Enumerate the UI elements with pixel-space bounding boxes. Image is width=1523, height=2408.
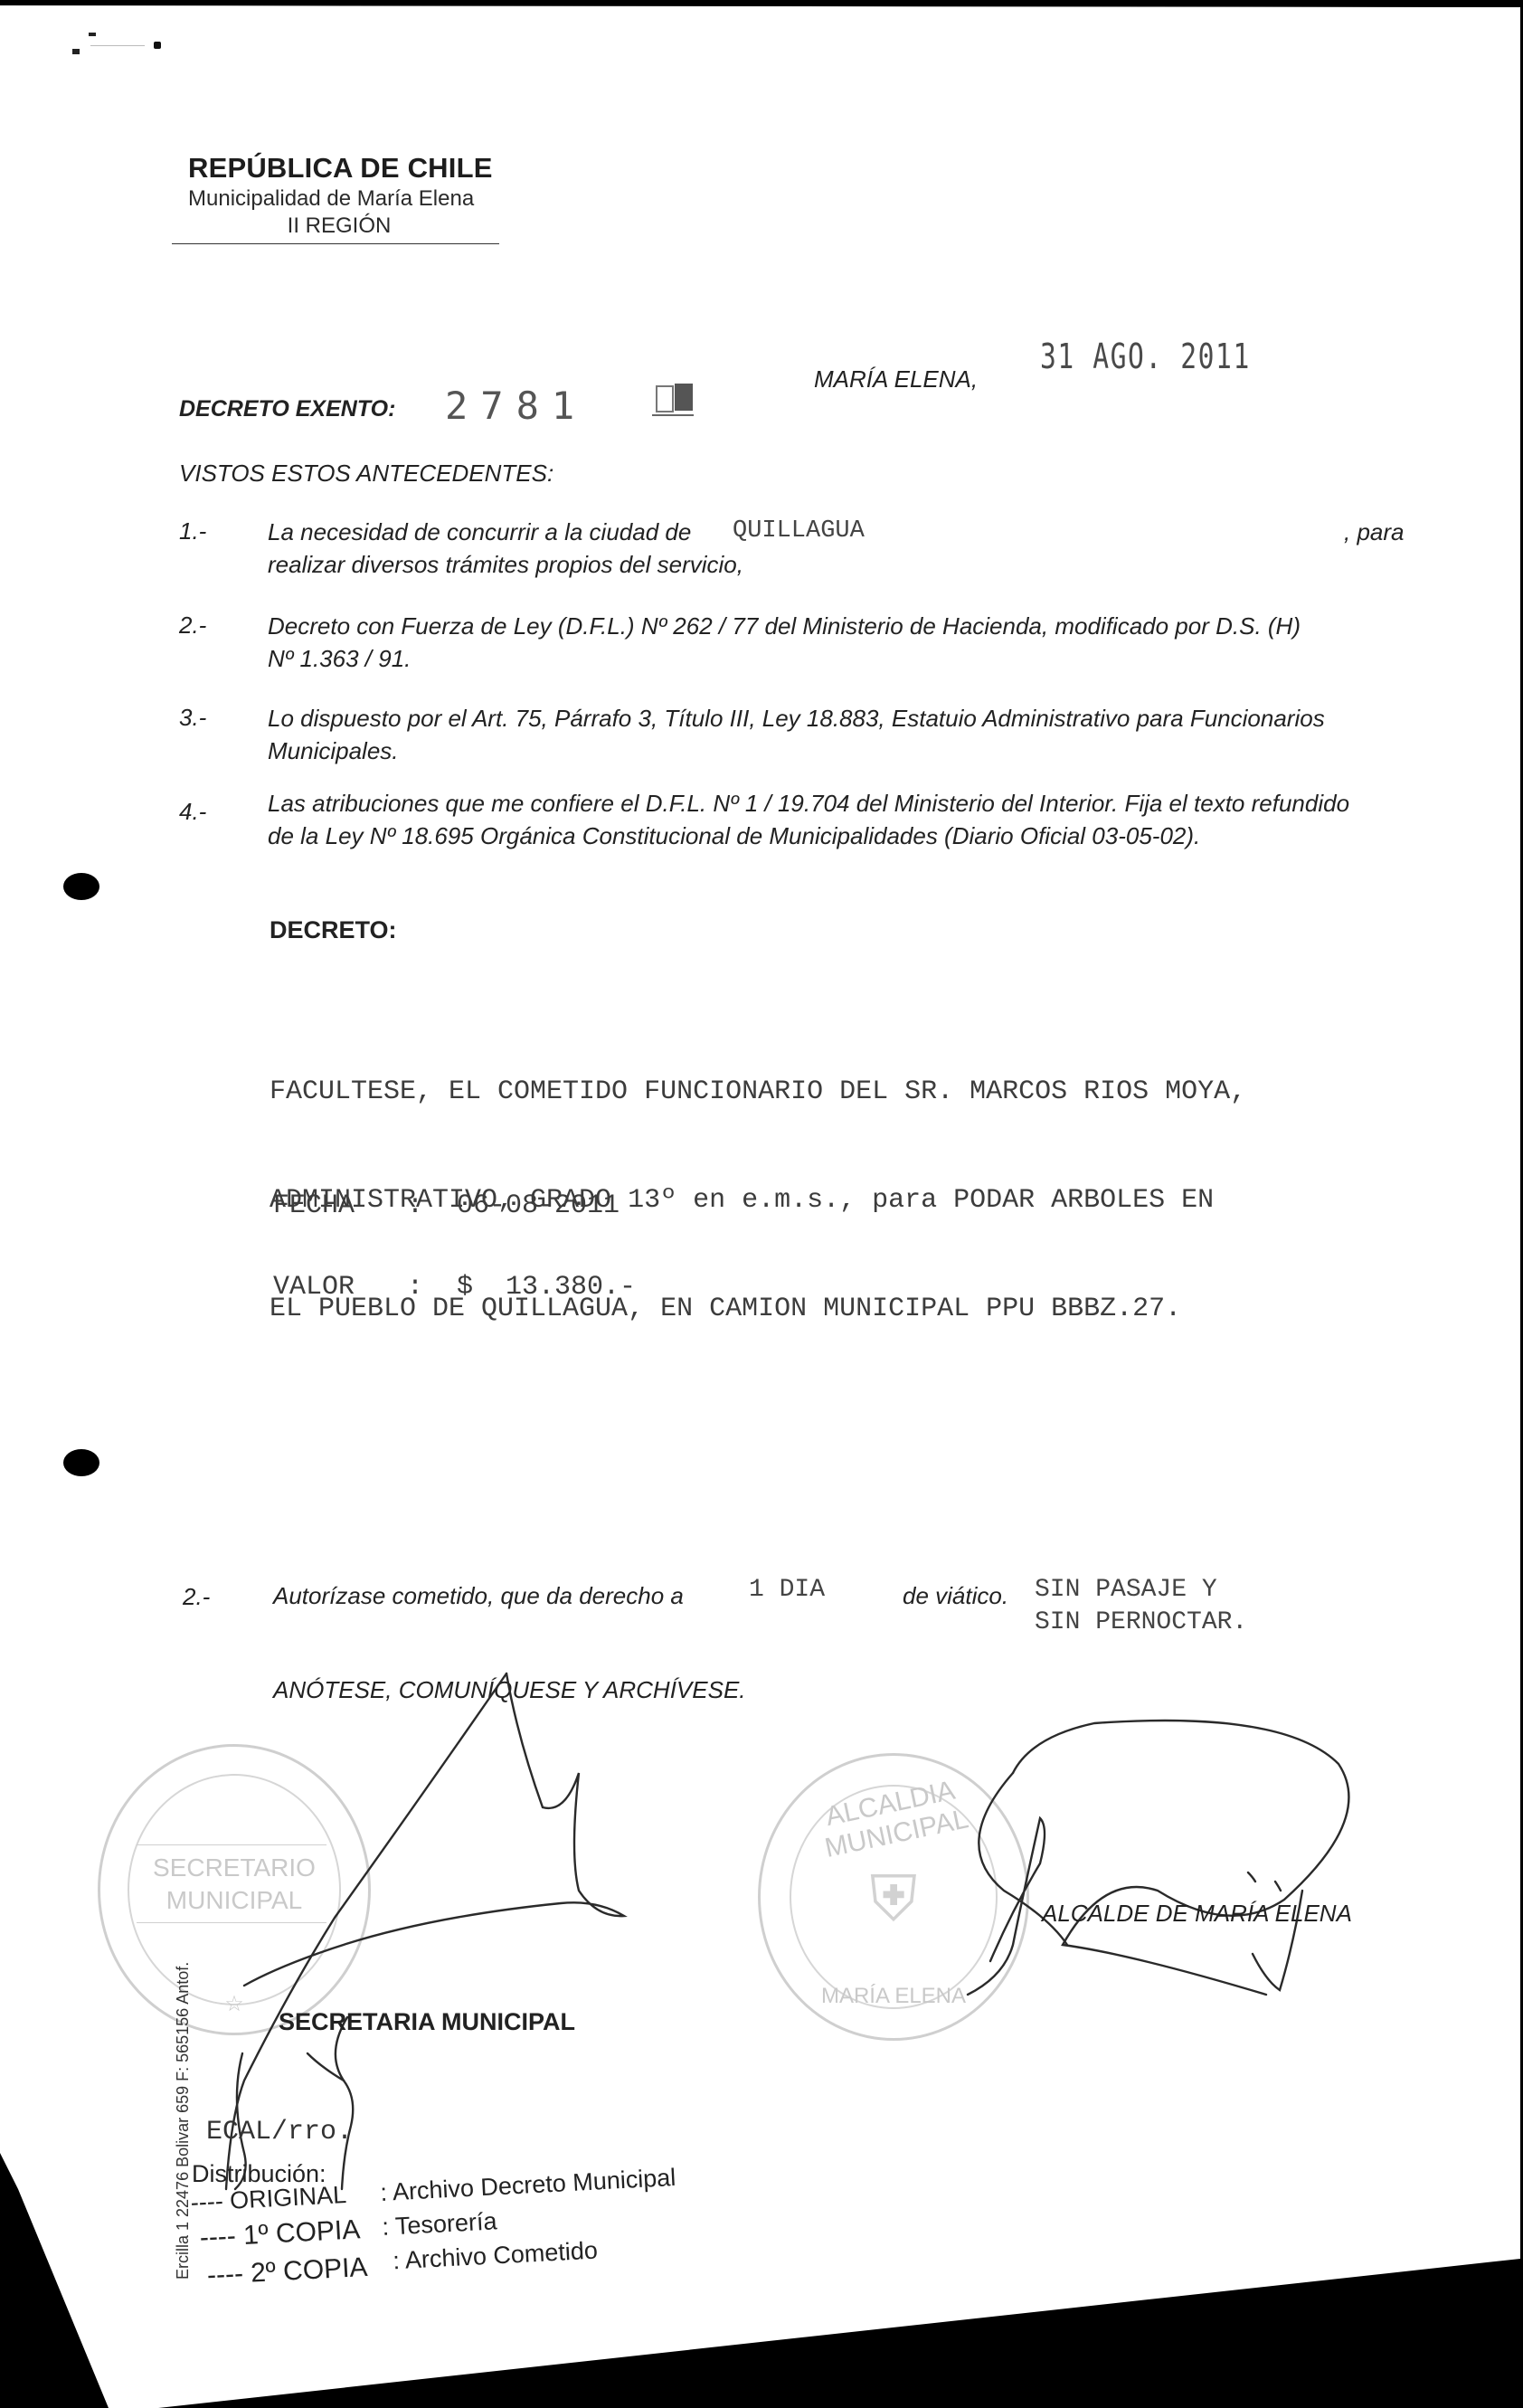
valor-separator: : [407, 1272, 423, 1303]
drafter-initials: ECAL/rro. [206, 2117, 353, 2147]
printer-imprint: Ercilla 1 22476 Bolivar 659 F: 565156 An… [174, 1962, 193, 2280]
municipality-name: Municipalidad de María Elena [172, 186, 506, 212]
stamp-mark-icon [645, 382, 695, 418]
date-stamp: 31 AGO. 2011 [1040, 337, 1251, 376]
item-1-line2: realizar diversos trámites propios del s… [268, 548, 743, 581]
decree-number: 2781 [445, 384, 587, 428]
item-2-line2: Nº 1.363 / 91. [268, 642, 411, 675]
item-1-text-after: , para [1344, 516, 1405, 548]
authorization-note-line2: SIN PERNOCTAR. [1035, 1608, 1247, 1636]
item-1-text: La necesidad de concurrir a la ciudad de [268, 516, 691, 548]
decree-body-line: FACULTESE, EL COMETIDO FUNCIONARIO DEL S… [270, 1074, 1246, 1110]
closing-formula: ANÓTESE, COMUNÍQUESE Y ARCHÍVESE. [273, 1673, 746, 1706]
item-2-line1: Decreto con Fuerza de Ley (D.F.L.) Nº 26… [268, 610, 1301, 642]
item-number: 3.- [179, 704, 206, 732]
country-heading: REPÚBLICA DE CHILE [172, 152, 506, 185]
seal-ring-text: MARÍA ELENA [761, 1984, 1026, 2009]
mayor-signature-title: ALCALDE DE MARÍA ELENA [1042, 1900, 1352, 1928]
decree-label: DECRETO EXENTO: [179, 396, 395, 422]
seal-center-text: MUNICIPAL [100, 1886, 368, 1915]
region-name: II REGIÓN [172, 213, 506, 239]
distribution-destination: : Tesorería [382, 2207, 498, 2242]
authorization-text-after: de viático. [903, 1579, 1008, 1612]
secretary-seal: SECRETARIO MUNICIPAL ☆ [98, 1744, 371, 2035]
seal-center-text: SECRETARIO [100, 1853, 368, 1882]
mayor-seal: ALCALDIA MUNICIPAL ⛨ MARÍA ELENA [758, 1753, 1029, 2041]
item-4-line1: Las atribuciones que me confiere el D.F.… [268, 787, 1349, 820]
item-4-line2: de la Ley Nº 18.695 Orgánica Constitucio… [268, 820, 1200, 852]
item-3-line2: Municipales. [268, 735, 399, 767]
decree-body: FACULTESE, EL COMETIDO FUNCIONARIO DEL S… [270, 1001, 1246, 1363]
punch-hole [63, 873, 99, 900]
fecha-separator: : [407, 1190, 423, 1221]
authorization-text: Autorízase cometido, que da derecho a [273, 1579, 684, 1612]
place-label: MARÍA ELENA, [814, 365, 978, 393]
viatico-days: 1 DIA [749, 1576, 825, 1604]
scan-smudge [72, 33, 163, 52]
decreto-heading: DECRETO: [270, 916, 397, 944]
letterhead-rule [172, 243, 499, 244]
coat-of-arms-icon: ⛨ [761, 1863, 1026, 1937]
vistos-heading: VISTOS ESTOS ANTECEDENTES: [179, 460, 553, 488]
secretary-signature-title: SECRETARIA MUNICIPAL [279, 2008, 575, 2036]
authorization-number: 2.- [183, 1583, 210, 1611]
item-number: 1.- [179, 517, 206, 545]
fecha-label: FECHA [273, 1190, 355, 1221]
valor-value: $ 13.380.- [457, 1272, 636, 1303]
letterhead: REPÚBLICA DE CHILE Municipalidad de Marí… [172, 152, 506, 239]
fecha-value: 06-08-2011 [457, 1190, 620, 1221]
item-3-line1: Lo dispuesto por el Art. 75, Párrafo 3, … [268, 702, 1325, 735]
destination-city: QUILLAGUA [733, 517, 865, 545]
valor-label: VALOR [273, 1272, 355, 1303]
item-number: 2.- [179, 611, 206, 640]
authorization-note-line1: SIN PASAJE Y [1035, 1576, 1217, 1604]
punch-hole [63, 1449, 99, 1476]
item-number: 4.- [179, 798, 206, 826]
